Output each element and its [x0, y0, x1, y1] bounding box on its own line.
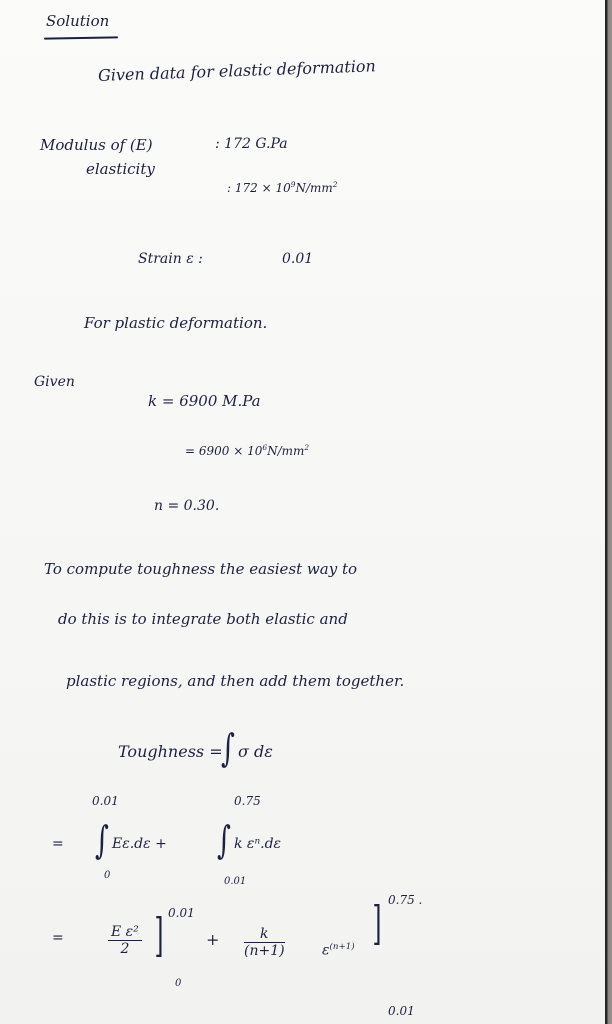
k-value-mpa: k = 6900 M.Pa	[148, 392, 261, 410]
given-label: Given	[34, 374, 75, 390]
bracket2-lower-limit: 0.01	[388, 1004, 415, 1018]
explanation-line-3: plastic regions, and then add them toget…	[66, 672, 404, 690]
int1-body: Eε.dε +	[112, 836, 167, 852]
k-base: = 6900 × 10	[185, 444, 262, 458]
explanation-line-2: do this is to integrate both elastic and	[58, 610, 348, 628]
integral-sign: ∫	[221, 726, 235, 770]
bracket1-upper-limit: 0.01	[168, 906, 195, 920]
k-value-nmm: = 6900 × 106N/mm2	[185, 443, 309, 458]
toughness-lhs: Toughness =	[118, 742, 223, 761]
fraction-k-over-n1: k (n+1)	[244, 926, 285, 959]
bracket1-lower-limit: 0	[175, 978, 181, 989]
elastic-heading: Given data for elastic deformation	[98, 56, 376, 85]
title-underline	[44, 36, 118, 39]
solution-title: Solution	[46, 12, 109, 30]
toughness-integrand: σ dε	[238, 742, 273, 761]
int2-body: k εⁿ.dε	[234, 836, 281, 852]
handwritten-page: Solution Given data for elastic deformat…	[0, 0, 606, 1024]
explanation-line-1: To compute toughness the easiest way to	[44, 560, 357, 578]
modulus-unit: N/mm	[295, 181, 332, 195]
integral-sign: ∫	[95, 818, 109, 862]
modulus-base: : 172 × 10	[227, 181, 291, 195]
fraction-denominator: (n+1)	[244, 943, 285, 959]
int2-lower-limit: 0.01	[224, 876, 246, 887]
integral-sign: ∫	[217, 818, 231, 862]
fraction-numerator: k	[244, 926, 285, 943]
eval-bracket: ]	[154, 908, 163, 962]
epsilon-exponent: (n+1)	[330, 942, 355, 952]
modulus-label-line1: Modulus of (E)	[40, 136, 153, 154]
int1-lower-limit: 0	[104, 870, 110, 881]
int1-upper-limit: 0.01	[92, 794, 119, 808]
fraction-e-eps-sq: E ε² 2	[108, 924, 142, 957]
epsilon: ε	[322, 943, 330, 959]
modulus-unit-exponent: 2	[333, 180, 338, 189]
strain-label: Strain ε :	[138, 251, 203, 267]
int2-upper-limit: 0.75	[234, 794, 261, 808]
plastic-heading: For plastic deformation.	[84, 314, 267, 332]
eq3-epsilon: ε(n+1)	[322, 942, 355, 959]
page-edge	[605, 0, 612, 1024]
eval-bracket: ]	[372, 896, 381, 950]
k-unit-exponent: 2	[304, 443, 309, 452]
bracket2-upper-limit: 0.75 .	[388, 893, 422, 907]
modulus-value-gpa: : 172 G.Pa	[215, 136, 288, 152]
modulus-label-line2: elasticity	[86, 160, 155, 178]
n-value: n = 0.30.	[154, 498, 219, 514]
k-unit: N/mm	[267, 444, 304, 458]
fraction-denominator: 2	[108, 941, 142, 957]
fraction-numerator: E ε²	[108, 924, 142, 941]
modulus-value-nmm: : 172 × 109N/mm2	[227, 180, 338, 195]
eq3-equals: =	[52, 930, 64, 946]
eq2-equals: =	[52, 836, 64, 852]
eq3-plus: +	[206, 930, 219, 949]
strain-value: 0.01	[282, 251, 313, 267]
